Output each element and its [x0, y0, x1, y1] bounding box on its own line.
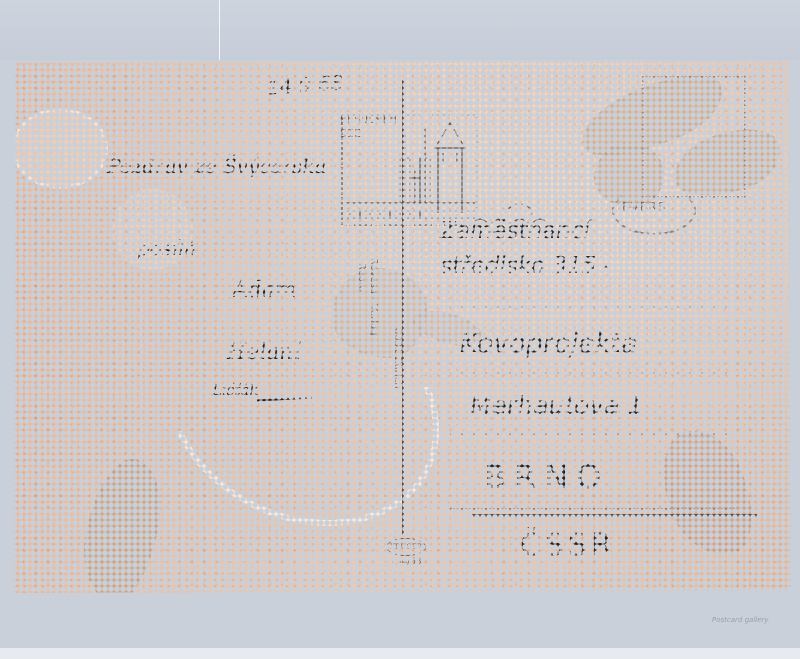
address-line: Merhautova 1	[470, 391, 643, 420]
publisher-name: Rovesa - Verlag	[368, 258, 379, 336]
scanner-bottom-strip	[0, 648, 800, 659]
watermark: Postcard gallery	[712, 616, 769, 624]
stamp-box	[642, 76, 746, 198]
glue-stain	[73, 452, 172, 594]
address-country-rule	[472, 514, 757, 517]
address-rule	[450, 372, 735, 374]
address-line: středisko 315 -	[440, 253, 612, 279]
publisher-address: 8031 Zürich	[392, 328, 403, 389]
address-divider	[402, 80, 404, 535]
scan-artifact-line	[219, 0, 220, 60]
address-rule	[450, 433, 735, 435]
message-line: posílá	[137, 236, 197, 260]
address-line: Zaměstnancí	[440, 218, 590, 244]
glue-stain	[332, 268, 427, 358]
scanner-background	[0, 0, 800, 60]
publisher-line-2: Repro	[356, 263, 367, 292]
message-line: Pozdrav ze Švýcarska	[107, 154, 326, 178]
publisher-line-3: 8031 Zürich	[392, 328, 403, 389]
faded-spot	[12, 108, 108, 189]
signature: Lišťák	[212, 381, 259, 399]
address-rule	[450, 306, 735, 308]
publisher-repro: Repro	[356, 263, 367, 292]
publisher-logo: KRÜGER	[386, 538, 426, 556]
catalog-number: 754/53	[390, 557, 422, 567]
address-country: ČSSR	[520, 528, 616, 563]
signature: Adam	[232, 278, 296, 303]
church-tower-icon	[340, 113, 560, 228]
address-rule	[450, 508, 735, 510]
machine-cancellation: BESUCHEN SIE	[340, 113, 560, 228]
publisher-line-1: Rovesa - Verlag	[368, 258, 379, 336]
message-date: 14.9.68	[266, 70, 344, 99]
signature: Helaní	[227, 340, 301, 365]
faded-arc-mark	[128, 249, 477, 569]
postcard: BESUCHEN SIE 14.9.68 Pozdrav ze Švýcarsk…	[12, 58, 792, 594]
postmark-text: EVERS	[622, 200, 666, 214]
glue-stain	[647, 418, 767, 568]
address-line: Kovoprojekta	[460, 328, 637, 359]
address-city: BRNO	[484, 458, 609, 496]
